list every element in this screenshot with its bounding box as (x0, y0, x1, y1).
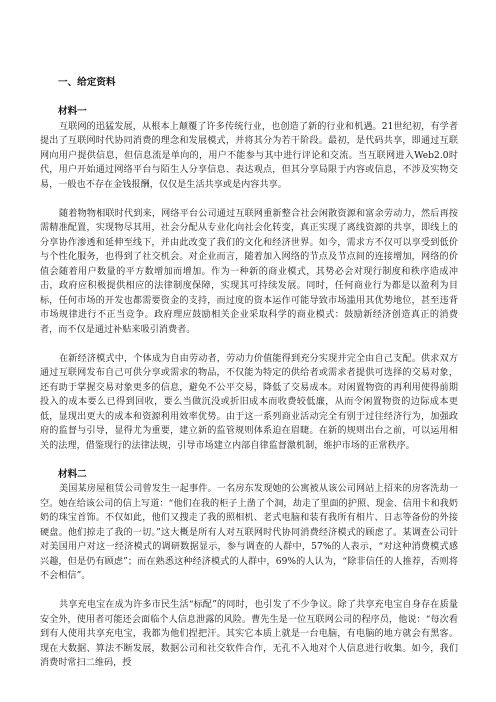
material-1-paragraph-2: 随着物物相联时代到来，网络平台公司通过互联网重新整合社会闲散资源和富余劳动力，然… (40, 207, 458, 338)
document-page: 一、给定资料 材料一 互联网的迅猛发展，从根本上颠覆了许多传统行业，也创造了新的… (40, 76, 458, 685)
material-2: 材料二 美国某房屋租赁公司曾发生一起事件。一名房东发现她的公寓被从该公司网站上招… (40, 468, 458, 671)
material-2-title: 材料二 (58, 468, 458, 483)
section-title: 一、给定资料 (58, 76, 458, 91)
material-1-title: 材料一 (58, 105, 458, 120)
material-2-paragraph-1: 美国某房屋租赁公司曾发生一起事件。一名房东发现她的公寓被从该公司网站上招来的房客… (40, 482, 458, 584)
material-1-paragraph-1: 互联网的迅猛发展，从根本上颠覆了许多传统行业，也创造了新的行业和机遇。21世纪初… (40, 120, 458, 193)
material-1: 材料一 互联网的迅猛发展，从根本上颠覆了许多传统行业，也创造了新的行业和机遇。2… (40, 105, 458, 453)
material-1-paragraph-3: 在新经济模式中，个体成为自由劳动者，劳动力价值能得到充分实现并完全由自己支配。供… (40, 352, 458, 454)
material-2-paragraph-2: 共享充电宝在成为许多市民生活“标配”的同时，也引发了不少争议。除了共享充电宝自身… (40, 598, 458, 671)
